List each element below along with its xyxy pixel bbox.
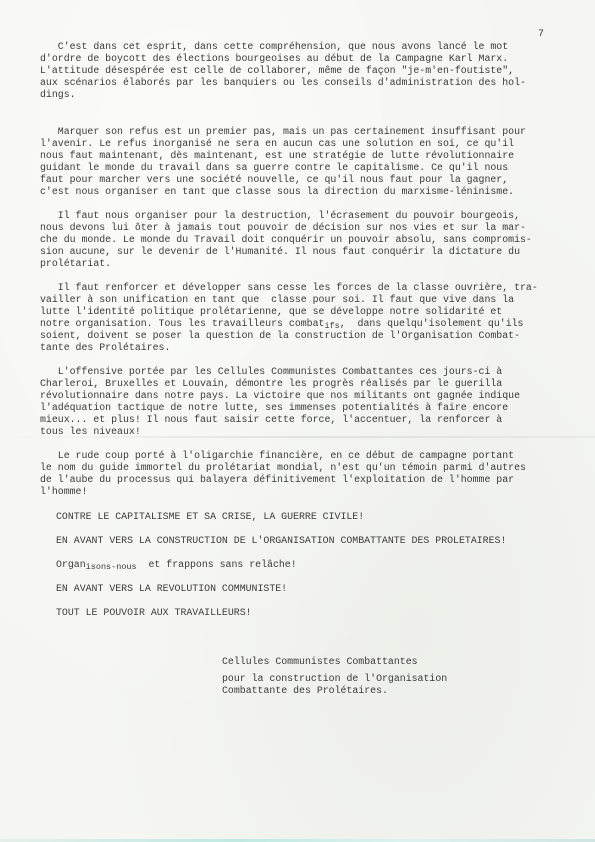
signature-line: pour la construction de l'Organisation xyxy=(222,673,447,685)
page-number: 7 xyxy=(538,29,544,41)
text-line: Charleroi, Bruxelles et Louvain, démontr… xyxy=(40,378,502,390)
text-segment: , dans quelqu'isolement qu'ils xyxy=(340,318,524,329)
text-line: sion aucune, sur le devenir de l'Humanit… xyxy=(40,246,520,258)
text-line: de l'aube du processus qui balayera défi… xyxy=(40,474,514,486)
text-line: Marquer son refus est un premier pas, ma… xyxy=(40,126,526,138)
text-line: le nom du guide immortel du prolétariat … xyxy=(40,462,526,474)
text-line: mieux... et plus! Il nous faut saisir ce… xyxy=(40,414,502,426)
text-line: prolétariat. xyxy=(40,258,111,270)
text-line: vailler à son unification en tant que cl… xyxy=(40,294,514,306)
text-line: Il faut renforcer et développer sans ces… xyxy=(40,282,538,294)
typed-subscript: isons-nous xyxy=(86,562,137,572)
slogan-line: Organisons-nous et frappons sans relâche… xyxy=(56,559,297,571)
text-line: tante des Prolétaires. xyxy=(40,342,170,354)
text-line: Il faut nous organiser pour la destructi… xyxy=(40,210,520,222)
text-line: L'offensive portée par les Cellules Comm… xyxy=(40,366,502,378)
text-segment: et frappons sans relâche! xyxy=(137,559,297,570)
text-line: l'adéquation tactique de notre lutte, se… xyxy=(40,402,508,414)
text-segment: Organ xyxy=(56,559,86,570)
text-line: nous faut maintenant, dès maintenant, es… xyxy=(40,150,514,162)
slogan-line: CONTRE LE CAPITALISME ET SA CRISE, LA GU… xyxy=(56,511,364,523)
text-line: guidant le monde du travail dans sa guer… xyxy=(40,162,508,174)
text-line: faut pour marcher vers une société nouve… xyxy=(40,174,508,186)
text-line: nous devons lui ôter à jamais tout pouvo… xyxy=(40,222,526,234)
text-line: c'est nous organiser en tant que classe … xyxy=(40,186,514,198)
text-line: notre organisation. Tous les travailleur… xyxy=(40,318,523,330)
text-line: aux scénarios élaborés par les banquiers… xyxy=(40,77,526,89)
text-line: dings. xyxy=(40,89,76,101)
text-line: révolutionnaire dans notre pays. La vict… xyxy=(40,390,520,402)
slogan-line: EN AVANT VERS LA CONSTRUCTION DE L'ORGAN… xyxy=(56,535,506,547)
signature-line: Combattante des Prolétaires. xyxy=(222,685,388,697)
text-line: che du monde. Le monde du Travail doit c… xyxy=(40,234,532,246)
text-segment: notre organisation. Tous les travailleur… xyxy=(40,318,324,329)
typewritten-page: 7 C'est dans cet esprit, dans cette comp… xyxy=(0,0,595,842)
text-line: lutte l'identité politique prolétarienne… xyxy=(40,306,502,318)
signature-line: Cellules Communistes Combattantes xyxy=(222,656,418,668)
text-line: l'avenir. Le refus inorganisé ne sera en… xyxy=(40,138,514,150)
text-line: l'homme! xyxy=(40,486,87,498)
text-line: d'ordre de boycott des élections bourgeo… xyxy=(40,53,508,65)
text-line: tous les niveaux! xyxy=(40,426,141,438)
slogan-line: EN AVANT VERS LA REVOLUTION COMMUNISTE! xyxy=(56,583,287,595)
text-line: Le rude coup porté à l'oligarchie financ… xyxy=(40,450,514,462)
text-line: L'attitude désespérée est celle de colla… xyxy=(40,65,514,77)
slogan-line: TOUT LE POUVOIR AUX TRAVAILLEURS! xyxy=(56,607,252,619)
text-line: C'est dans cet esprit, dans cette compré… xyxy=(40,41,508,53)
text-line: soient, doivent se poser la question de … xyxy=(40,330,520,342)
